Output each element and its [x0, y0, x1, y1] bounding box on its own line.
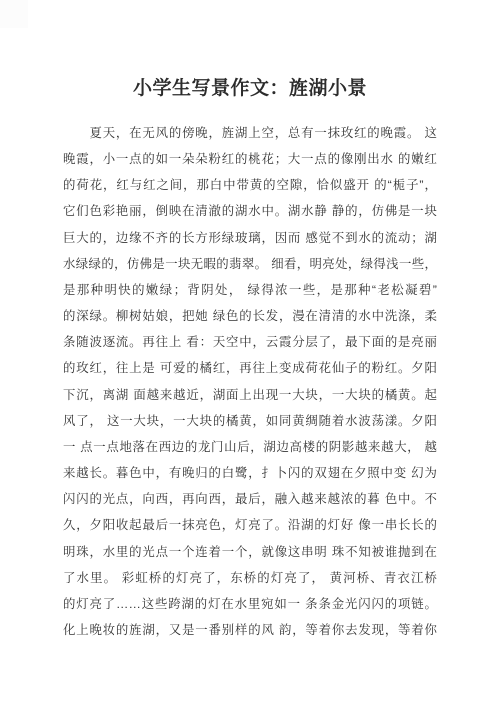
essay-title: 小学生写景作文：旌湖小景	[0, 73, 500, 100]
essay-line: 的玫红，往上是 可爱的橘红，再往上变成荷花仙子的粉红。夕阳	[63, 355, 437, 381]
essay-line: 风了， 这一大块，一大块的橘黄，如同黄绸随着水波荡漾。夕阳	[63, 408, 437, 434]
essay-line: 的深绿。柳树姑娘，把她 绿色的长发，漫在清清的水中洗涤，柔	[63, 303, 437, 329]
essay-line: 化上晚妆的旌湖，又是一番别样的风 韵，等着你去发现，等着你	[63, 617, 437, 643]
essay-line: 下沉，离湖 面越来越近，湖面上出现一大块，一大块的橘黄。起	[63, 382, 437, 408]
essay-line: 了水里。 彩虹桥的灯亮了，东桥的灯亮了， 黄河桥、青衣江桥	[63, 565, 437, 591]
essay-line: 来越长。暮色中，有晚归的白鹭，扌卜闪的双翅在夕照中变 幻为	[63, 460, 437, 486]
essay-line: 是那种明快的嫩绿；背阴处， 绿得浓一些，是那种“老松凝碧”	[63, 277, 437, 303]
essay-line: 的灯亮了……这些跨湖的灯在水里宛如一 条条金光闪闪的项链。	[63, 591, 437, 617]
document-page: 小学生写景作文：旌湖小景 夏天，在无风的傍晚，旌湖上空，总有一抹玫红的晚霞。 这…	[0, 0, 500, 708]
essay-line: 的荷花，红与红之间，那白中带黄的空隙，恰似盛开 的“栀子”，	[63, 172, 437, 198]
essay-line: 一 点一点地落在西边的龙门山后，湖边高楼的阴影越来越大， 越	[63, 434, 437, 460]
essay-line: 水绿绿的，仿佛是一块无暇的翡翠。 细看，明亮处，绿得浅一些，	[63, 251, 437, 277]
essay-line: 条随波逐流。再往上 看：天空中，云霞分层了，最下面的是亮丽	[63, 329, 437, 355]
essay-line: 它们色彩艳丽，倒映在清澈的湖水中。湖水静 静的，仿佛是一块	[63, 198, 437, 224]
essay-line: 巨大的，边缘不齐的长方形绿玻璃，因而 感觉不到水的流动；湖	[63, 225, 437, 251]
essay-line: 晚霞，小一点的如一朵朵粉红的桃花；大一点的像刚出水 的嫩红	[63, 146, 437, 172]
essay-line: 夏天，在无风的傍晚，旌湖上空，总有一抹玫红的晚霞。 这	[63, 120, 437, 146]
essay-line: 久，夕阳收起最后一抹亮色，灯亮了。沿湖的灯好 像一串长长的	[63, 512, 437, 538]
essay-line: 明珠，水里的光点一个连着一个，就像这串明 珠不知被谁抛到在	[63, 539, 437, 565]
essay-line: 闪闪的光点，向西，再向西，最后，融入越来越浓的暮 色中。不	[63, 486, 437, 512]
essay-body: 夏天，在无风的傍晚，旌湖上空，总有一抹玫红的晚霞。 这晚霞，小一点的如一朵朵粉红…	[63, 120, 437, 643]
scan-corner-artifact	[0, 0, 28, 28]
